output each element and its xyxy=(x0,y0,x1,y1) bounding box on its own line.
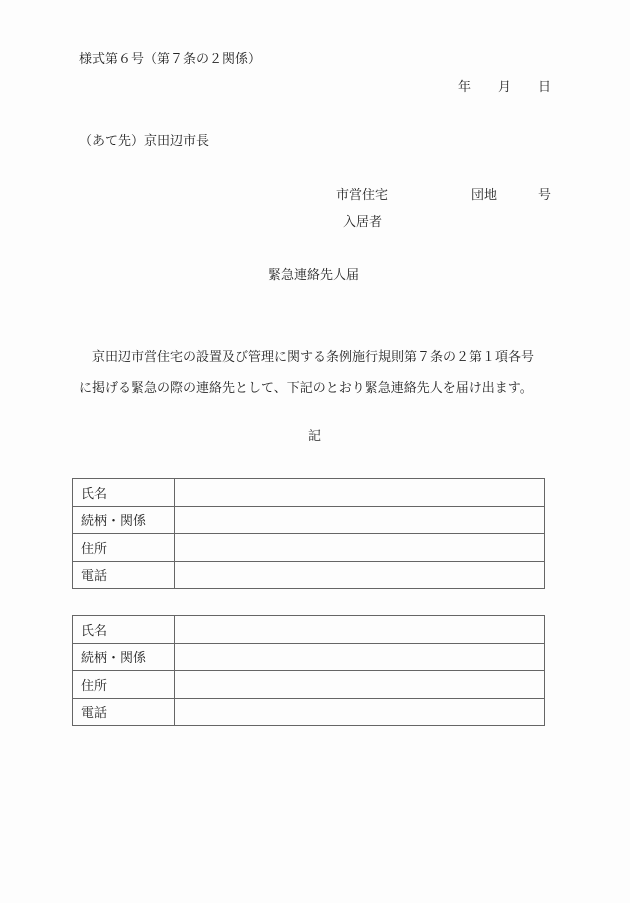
name-label: 氏名 xyxy=(73,616,175,644)
phone-field[interactable] xyxy=(175,561,545,589)
table-row: 続柄・関係 xyxy=(73,643,545,671)
relationship-field[interactable] xyxy=(175,506,545,534)
estate-label: 団地 xyxy=(471,189,497,202)
ki-label: 記 xyxy=(308,430,321,443)
table-row: 氏名 xyxy=(73,479,545,507)
form-number: 様式第６号（第７条の２関係） xyxy=(79,53,261,66)
address-field[interactable] xyxy=(175,534,545,562)
emergency-contact-table-2: 氏名 続柄・関係 住所 電話 xyxy=(72,615,545,726)
body-line-2: に掲げる緊急の際の連絡先として、下記のとおり緊急連絡先人を届け出ます。 xyxy=(79,373,559,404)
table-row: 電話 xyxy=(73,698,545,726)
table-row: 住所 xyxy=(73,534,545,562)
name-label: 氏名 xyxy=(73,479,175,507)
addressee: （あて先）京田辺市長 xyxy=(79,135,209,148)
name-field[interactable] xyxy=(175,479,545,507)
date-day-label: 日 xyxy=(538,81,551,94)
relationship-label: 続柄・関係 xyxy=(73,643,175,671)
resident-label: 入居者 xyxy=(343,216,382,229)
relationship-label: 続柄・関係 xyxy=(73,506,175,534)
name-field[interactable] xyxy=(175,616,545,644)
table-row: 電話 xyxy=(73,561,545,589)
phone-label: 電話 xyxy=(73,698,175,726)
date-year-label: 年 xyxy=(458,81,471,94)
address-label: 住所 xyxy=(73,671,175,699)
phone-label: 電話 xyxy=(73,561,175,589)
address-field[interactable] xyxy=(175,671,545,699)
relationship-field[interactable] xyxy=(175,643,545,671)
number-label: 号 xyxy=(538,189,551,202)
address-label: 住所 xyxy=(73,534,175,562)
table-row: 氏名 xyxy=(73,616,545,644)
document-title: 緊急連絡先人届 xyxy=(268,269,359,282)
body-text: 京田辺市営住宅の設置及び管理に関する条例施行規則第７条の２第１項各号 に掲げる緊… xyxy=(79,342,559,404)
table-row: 続柄・関係 xyxy=(73,506,545,534)
date-month-label: 月 xyxy=(498,81,511,94)
table-row: 住所 xyxy=(73,671,545,699)
body-line-1: 京田辺市営住宅の設置及び管理に関する条例施行規則第７条の２第１項各号 xyxy=(79,342,559,373)
phone-field[interactable] xyxy=(175,698,545,726)
housing-label: 市営住宅 xyxy=(336,189,388,202)
emergency-contact-table-1: 氏名 続柄・関係 住所 電話 xyxy=(72,478,545,589)
